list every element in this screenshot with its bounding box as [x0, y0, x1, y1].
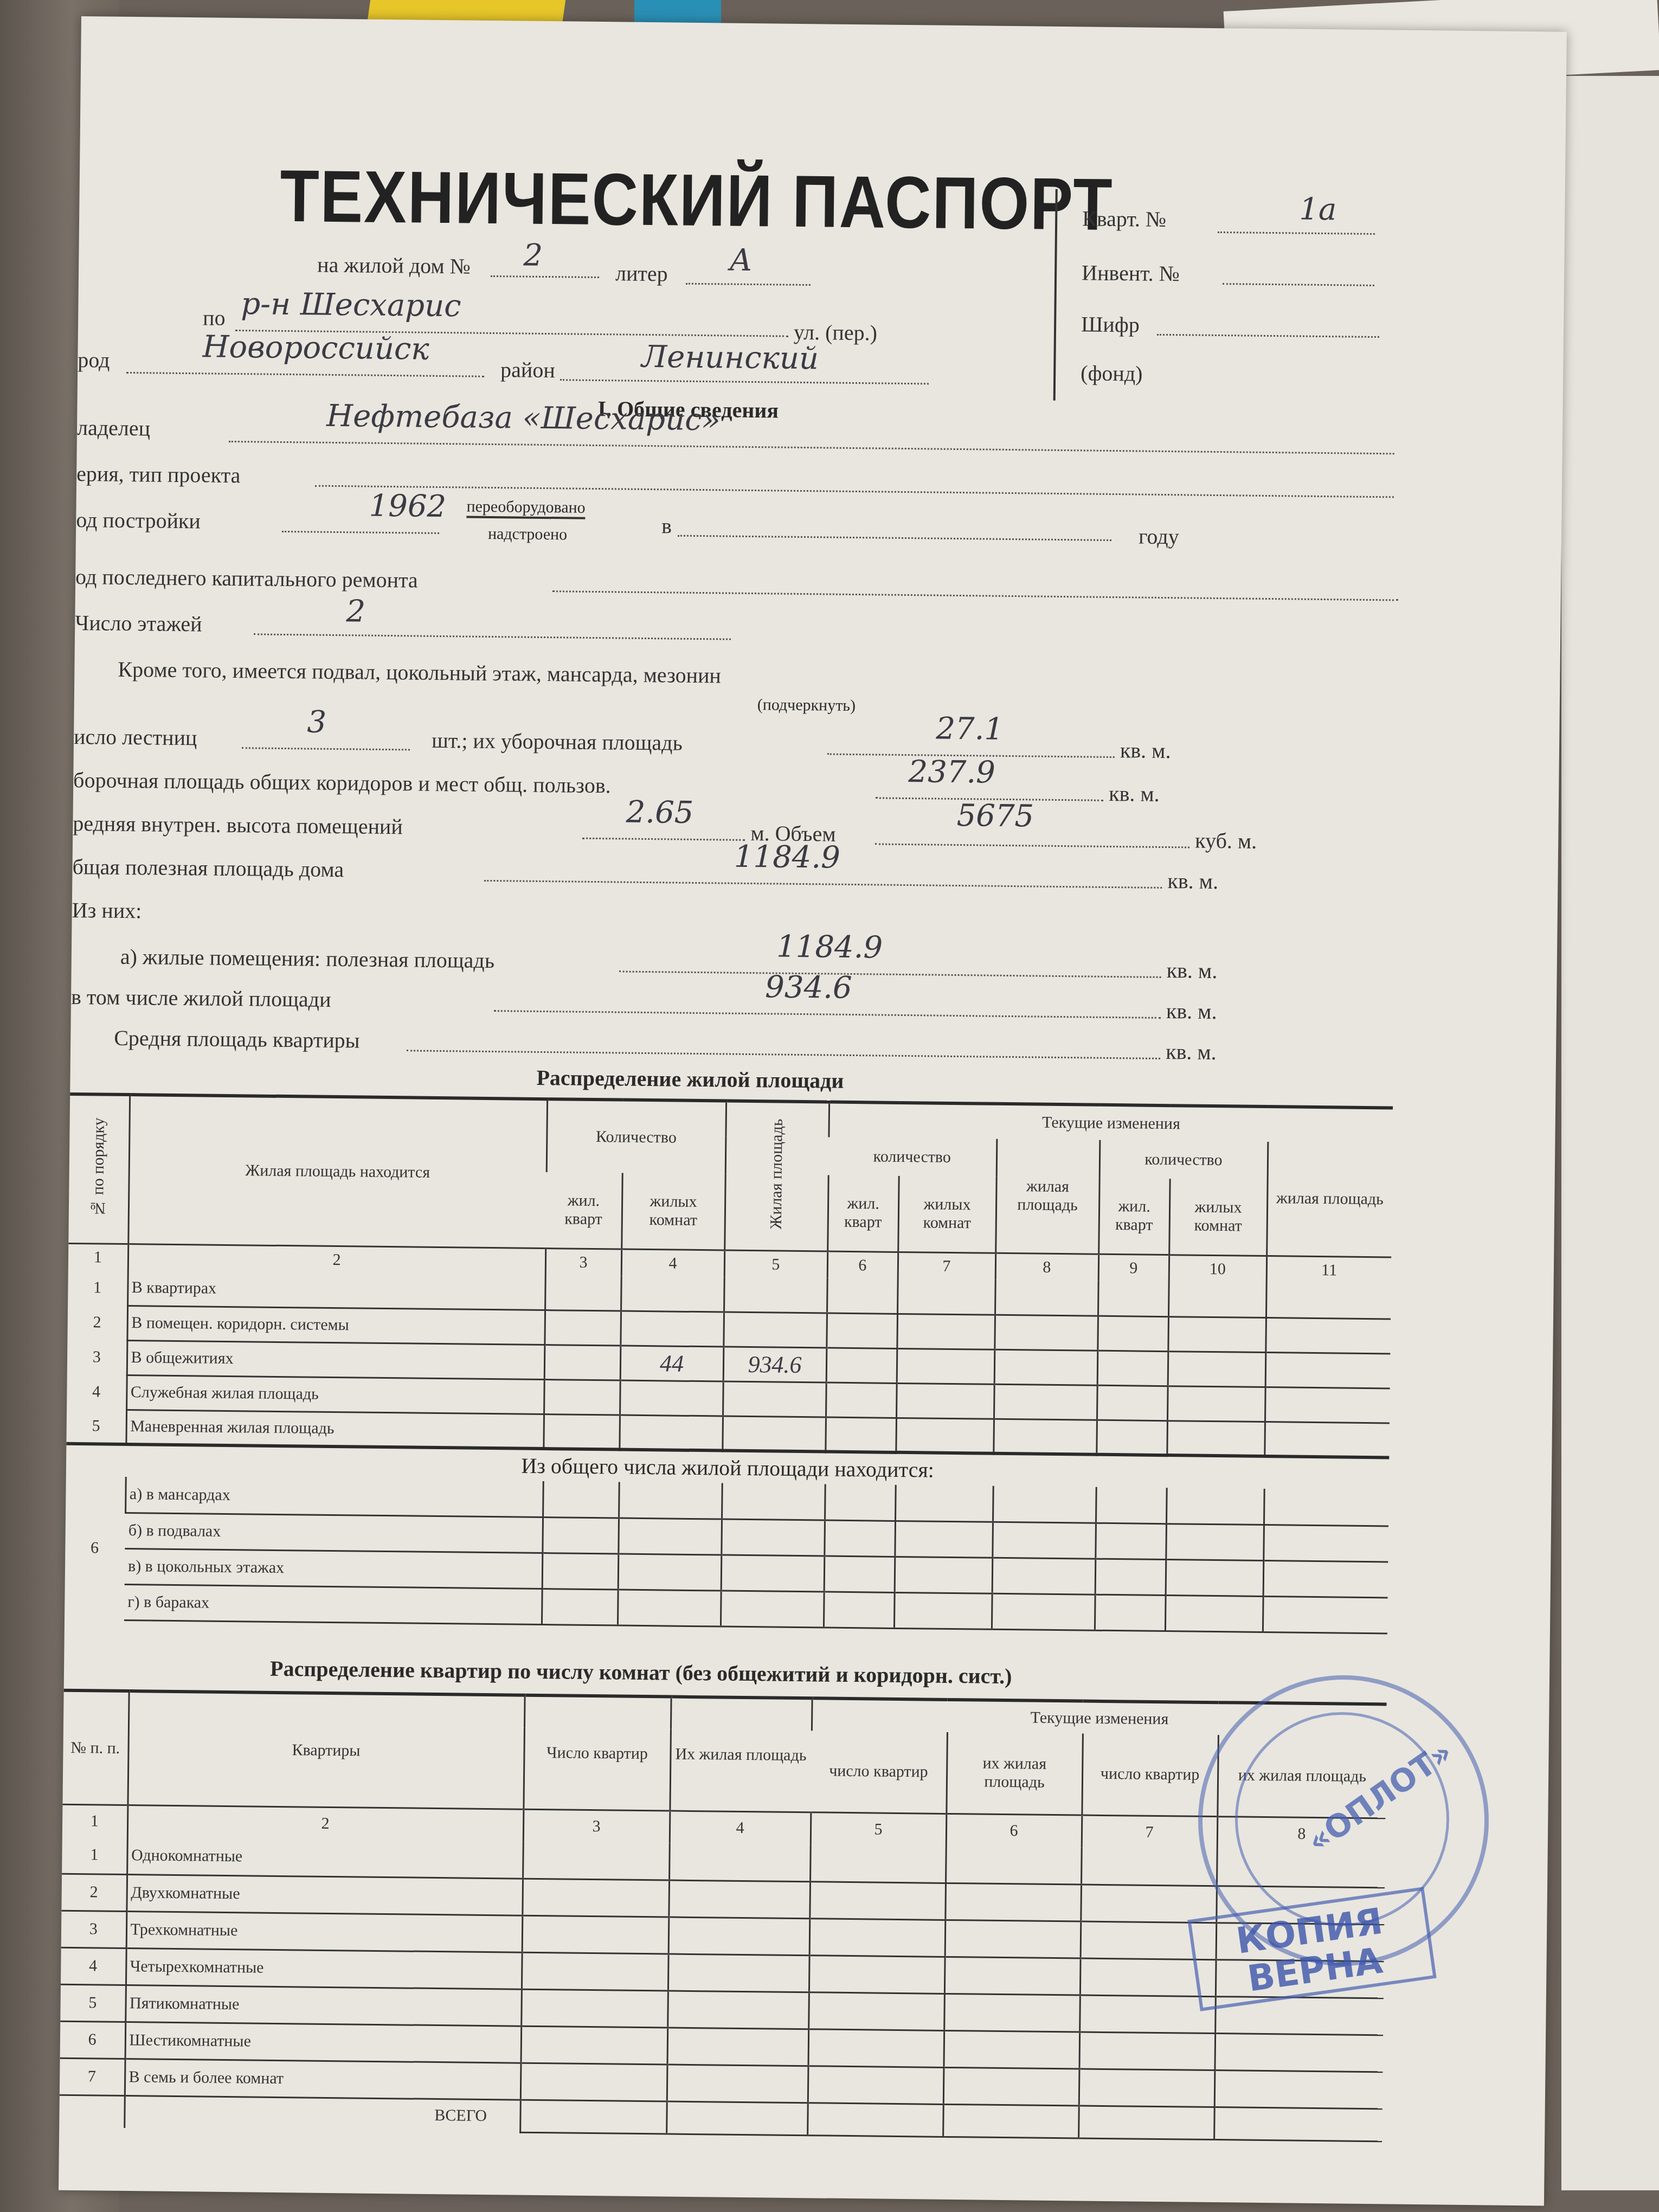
- living-useful-line: [619, 970, 1161, 978]
- apt-col-header-apartments: Квартиры: [127, 1691, 524, 1809]
- col-header-changes-apartments-2: жил. кварт: [1098, 1178, 1169, 1255]
- apartment-number-value: 1а: [1299, 192, 1337, 228]
- corridor-area-unit: кв. м.: [1109, 781, 1160, 807]
- total-area-value: 1184.9: [734, 839, 840, 876]
- col-header-changes-rooms-1: жилых комнат: [898, 1176, 996, 1253]
- owner-value: Нефтебаза «Шесхарис»: [326, 398, 721, 438]
- stairs-line: [242, 747, 410, 750]
- corridor-area-label: борочная площадь общих коридоров и мест …: [73, 767, 611, 798]
- stairs-label: исло лестниц: [74, 724, 197, 750]
- district-label: район: [500, 357, 555, 383]
- year-label: году: [1139, 523, 1179, 549]
- liter-line: [686, 283, 811, 286]
- col-header-changes-area-1: жилая площадь: [995, 1139, 1099, 1254]
- house-number-line: [491, 275, 599, 278]
- living-area-line: [494, 1010, 1161, 1019]
- col-header-rooms: жилых комнат: [621, 1173, 725, 1250]
- street-prefix: по: [203, 305, 226, 330]
- series-line: [315, 485, 1394, 498]
- living-distribution-title: Распределение жилой площади: [536, 1065, 844, 1094]
- col-header-num: № по порядку: [68, 1094, 130, 1244]
- col-header-changes-quantity-1: количество: [828, 1137, 997, 1177]
- house-number-label: на жилой дом №: [317, 252, 471, 279]
- volume-unit: куб. м.: [1195, 828, 1257, 854]
- city-value: Новороссийск: [202, 329, 429, 366]
- fund-label: (фонд): [1081, 360, 1143, 386]
- underline-hint: (подчеркнуть): [757, 696, 856, 715]
- in-label: в: [661, 513, 672, 538]
- cipher-label: Шифр: [1081, 311, 1140, 337]
- stairs-area-unit: кв. м.: [1120, 737, 1171, 763]
- city-line: [126, 372, 484, 377]
- apt-col-header-changes-count-2: число квартир: [1082, 1734, 1218, 1817]
- apt-col-header-count: Число квартир: [523, 1695, 671, 1811]
- avg-apartment-line: [407, 1050, 1160, 1059]
- apt-col-header-num: № п. п.: [62, 1690, 128, 1805]
- apt-col-header-area: Их жилая площадь: [670, 1697, 812, 1812]
- col-header-area: Жилая площадь: [724, 1101, 829, 1251]
- ceiling-height-label: редняя внутрен. высота помещений: [73, 811, 403, 839]
- col-header-changes-quantity-2: количество: [1099, 1140, 1268, 1180]
- avg-apartment-unit: кв. м.: [1166, 1039, 1217, 1065]
- apartment-number-line: [1218, 232, 1375, 235]
- reequipped-label: переоборудовано: [466, 497, 585, 519]
- district-line: [560, 379, 929, 384]
- ceiling-height-value: 2.65: [626, 795, 693, 831]
- background-sheet-right: [1561, 76, 1659, 2190]
- superstructed-label: надстроено: [488, 525, 568, 544]
- volume-value: 5675: [956, 798, 1034, 834]
- living-distribution-table: № по порядку Жилая площадь находится Кол…: [65, 1092, 1393, 1634]
- col-header-changes-rooms-2: жилых комнат: [1169, 1179, 1267, 1256]
- built-label: од постройки: [76, 507, 201, 533]
- living-useful-value: 1184.9: [776, 929, 883, 966]
- series-label: ерия, тип проекта: [76, 461, 241, 488]
- total-area-line: [484, 880, 1162, 889]
- col-header-quantity: Количество: [546, 1099, 726, 1174]
- document-title: ТЕХНИЧЕСКИЙ ПАСПОРТ: [280, 154, 1114, 247]
- inventory-number-line: [1223, 283, 1374, 286]
- living-area-value: 934.6: [765, 969, 852, 1006]
- floors-line: [254, 633, 731, 640]
- living-useful-label: а) жилые помещения: полезная площадь: [120, 944, 495, 973]
- living-useful-unit: кв. м.: [1166, 957, 1217, 983]
- stairs-area-value: 27.1: [936, 711, 1004, 747]
- living-area-unit: кв. м.: [1166, 998, 1217, 1024]
- city-label: род: [78, 347, 110, 373]
- total-area-unit: кв. м.: [1167, 868, 1218, 894]
- col-header-changes-area-2: жилая площадь: [1266, 1142, 1392, 1257]
- built-line: [282, 531, 439, 534]
- built-value: 1962: [369, 488, 446, 524]
- avg-apartment-label: Средня площадь квартиры: [114, 1025, 360, 1053]
- corridor-area-value: 237.9: [908, 754, 995, 790]
- total-label: ВСЕГО: [124, 2095, 520, 2132]
- living-area-label: в том числе жилой площади: [71, 984, 331, 1012]
- apt-col-header-changes-area-1: их жилая площадь: [946, 1732, 1083, 1815]
- apt-col-header-changes-count-1: число квартир: [811, 1731, 947, 1814]
- volume-line: [875, 843, 1189, 848]
- of-them-label: Из них:: [72, 897, 142, 923]
- additional-spaces-text: Кроме того, имеется подвал, цокольный эт…: [118, 657, 721, 689]
- repair-label: од последнего капитального ремонта: [75, 564, 418, 593]
- stairs-value: 3: [307, 704, 326, 740]
- col-header-apartments: жил. кварт: [545, 1172, 622, 1249]
- inventory-number-label: Инвент. №: [1082, 260, 1180, 286]
- reequipped-year-line: [678, 535, 1111, 541]
- repair-line: [552, 590, 1398, 601]
- floors-label: Число этажей: [75, 610, 202, 636]
- col-header-location: Жилая площадь находится: [128, 1095, 547, 1248]
- floors-value: 2: [346, 594, 365, 629]
- liter-label: литер: [615, 260, 668, 286]
- cipher-line: [1157, 334, 1379, 338]
- col-header-current-changes: Текущие изменения: [828, 1102, 1393, 1143]
- total-area-label: бщая полезная площадь дома: [72, 854, 344, 882]
- owner-line: [229, 441, 1394, 455]
- col-header-changes-apartments-1: жил. кварт: [827, 1175, 898, 1252]
- apartment-distribution-title: Распределение квартир по числу комнат (б…: [270, 1656, 1012, 1689]
- owner-label: ладелец: [77, 415, 150, 441]
- apartment-number-label: Кварт. №: [1082, 205, 1166, 232]
- liter-value: А: [729, 243, 753, 278]
- apartment-distribution-table: № п. п. Квартиры Число квартир Их жилая …: [59, 1689, 1386, 2142]
- stairs-area-label: шт.; их уборочная площадь: [432, 728, 683, 756]
- district-value: Ленинский: [641, 339, 819, 376]
- ceiling-height-line: [582, 838, 745, 841]
- street-value: р-н Шесхарис: [241, 286, 461, 324]
- house-number-value: 2: [523, 238, 543, 273]
